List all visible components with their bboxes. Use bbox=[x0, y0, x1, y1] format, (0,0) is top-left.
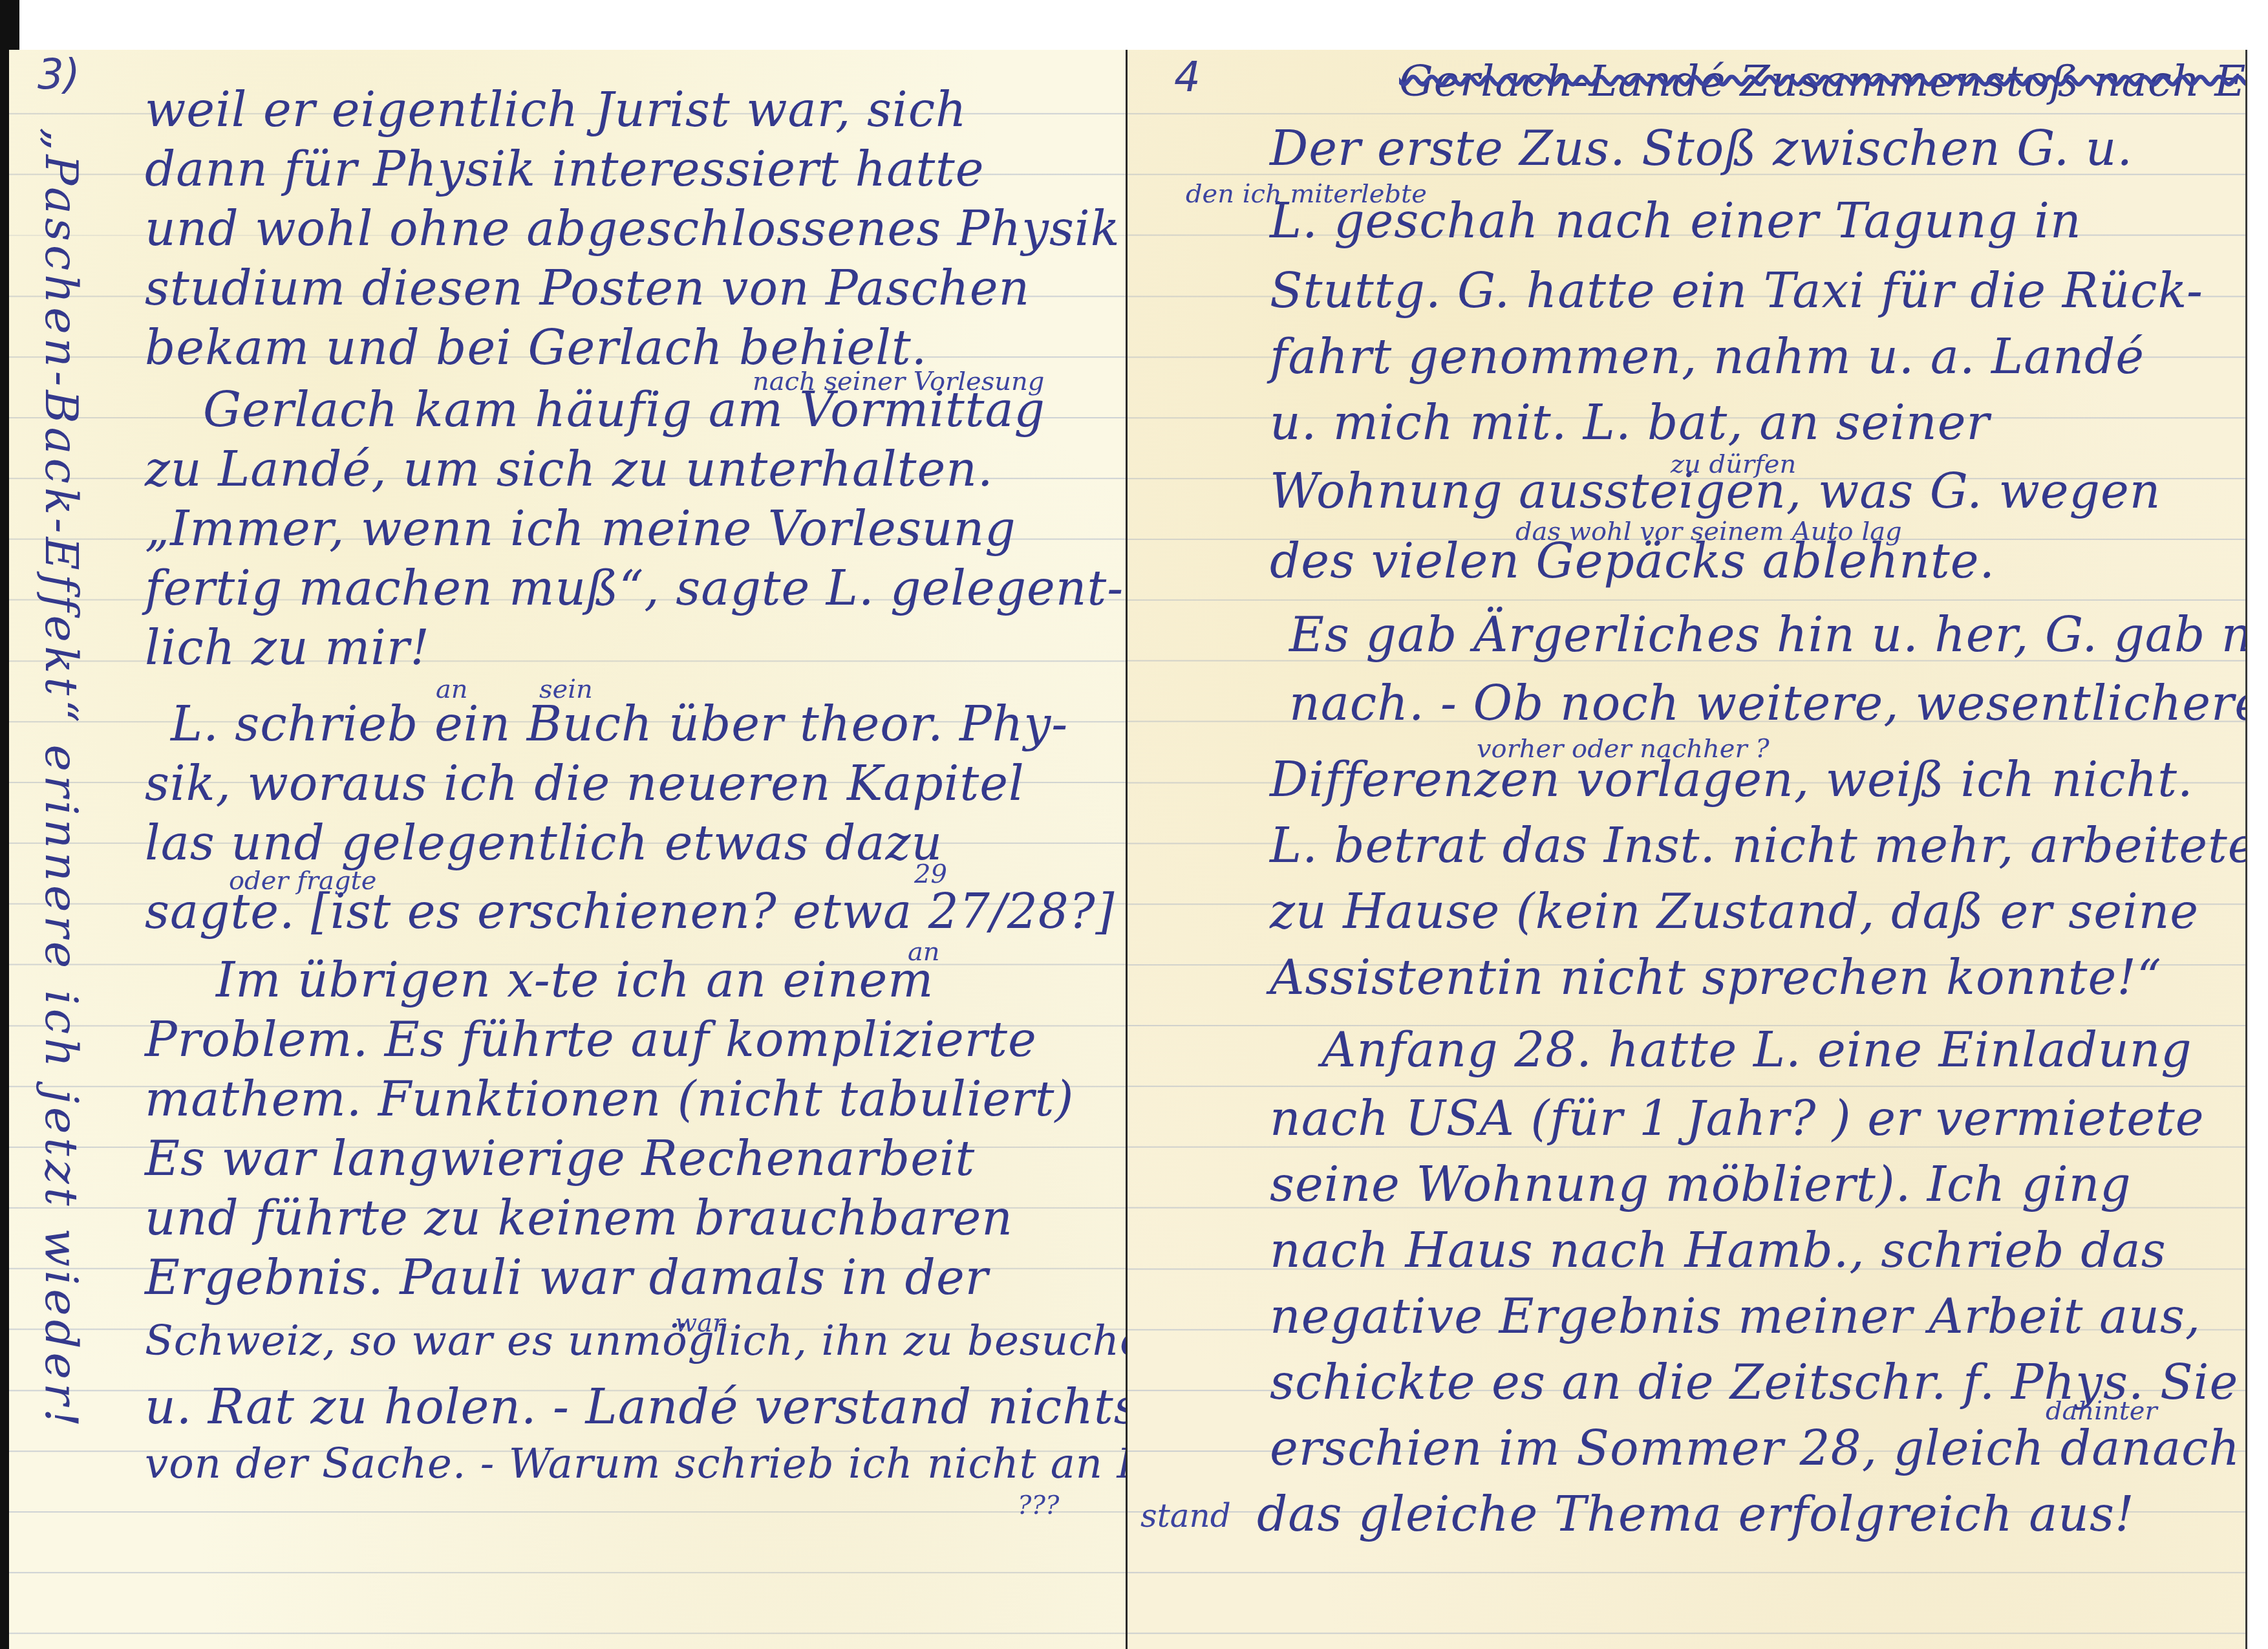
text-line: weil er eigentlich Jurist war, sich bbox=[145, 82, 967, 138]
text-line: fahrt genommen, nahm u. a. Landé bbox=[1270, 329, 2145, 385]
text-line: L. geschah nach einer Tagung in bbox=[1270, 193, 2082, 249]
text-line: Im übrigen x-te ich an einem bbox=[216, 953, 934, 1008]
text-line: lich zu mir! bbox=[145, 620, 430, 676]
page-number-left: 3) bbox=[37, 51, 80, 99]
text-line: Stuttg. G. hatte ein Taxi für die Rück- bbox=[1270, 263, 2203, 319]
text-line: Es gab Ärgerliches hin u. her, G. gab ni… bbox=[1289, 607, 2247, 663]
text-line: u. mich mit. L. bat, an seiner bbox=[1270, 395, 1990, 451]
text-line: erschien im Sommer 28, gleich danach bbox=[1270, 1421, 2240, 1476]
text-line: und wohl ohne abgeschlossenes Physik bbox=[145, 201, 1120, 257]
margin-note-vertical: „Paschen-Back-Effekt“ erinnere ich jetzt… bbox=[35, 127, 88, 1430]
text-line: zu Hause (kein Zustand, daß er seine bbox=[1270, 884, 2199, 940]
text-line: u. Rat zu holen. - Landé verstand nichts bbox=[145, 1379, 1128, 1435]
text-line: negative Ergebnis meiner Arbeit aus, bbox=[1270, 1289, 2201, 1344]
text-line: sagte. [ist es erschienen? etwa 27/28?] bbox=[145, 884, 1115, 940]
text-line: nach. - Ob noch weitere, wesentlichere bbox=[1289, 676, 2247, 731]
text-line: „Immer, wenn ich meine Vorlesung bbox=[145, 501, 1016, 557]
text-line: von der Sache. - Warum schrieb ich nicht… bbox=[145, 1440, 1128, 1488]
letter-page-right: 4 Gerlach-Landé Zusammenstoß nach Ende 1… bbox=[1128, 50, 2247, 1649]
text-line: Problem. Es führte auf komplizierte bbox=[145, 1012, 1037, 1068]
text-line: Differenzen vorlagen, weiß ich nicht. bbox=[1270, 752, 2193, 808]
page-number-right: 4 bbox=[1174, 54, 1201, 102]
text-line: das gleiche Thema erfolgreich aus! bbox=[1257, 1487, 2135, 1542]
letter-page-left: 3) „Paschen-Back-Effekt“ erinnere ich je… bbox=[9, 50, 1128, 1649]
struck-heading: Gerlach-Landé Zusammenstoß nach Ende 192… bbox=[1399, 56, 2247, 106]
margin-insert-note: stand bbox=[1140, 1497, 1231, 1535]
text-line: mathem. Funktionen (nicht tabuliert) bbox=[145, 1072, 1074, 1127]
text-line: Wohnung aussteigen, was G. wegen bbox=[1270, 464, 2161, 519]
text-line: L. betrat das Inst. nicht mehr, arbeitet… bbox=[1270, 818, 2247, 874]
text-line: L. schrieb ein Buch über theor. Phy- bbox=[171, 696, 1068, 752]
text-line: seine Wohnung möbliert). Ich ging bbox=[1270, 1157, 2132, 1212]
text-line: Anfang 28. hatte L. eine Einladung bbox=[1321, 1022, 2192, 1078]
text-line: Der erste Zus. Stoß zwischen G. u. bbox=[1270, 121, 2133, 177]
text-line: Gerlach kam häufig am Vormittag bbox=[203, 382, 1045, 438]
text-line: nach Haus nach Hamb., schrieb das bbox=[1270, 1223, 2166, 1278]
text-line: des vielen Gepäcks ablehnte. bbox=[1270, 533, 1995, 589]
text-line: zu Landé, um sich zu unterhalten. bbox=[145, 442, 993, 497]
text-line: Assistentin nicht sprechen konnte!“ bbox=[1270, 950, 2162, 1006]
text-line: dann für Physik interessiert hatte bbox=[145, 142, 985, 197]
text-line: Ergebnis. Pauli war damals in der bbox=[145, 1250, 989, 1306]
interlinear-note: ??? bbox=[1018, 1491, 1059, 1520]
text-line: sik, woraus ich die neueren Kapitel bbox=[145, 756, 1025, 812]
text-line: fertig machen muß“, sagte L. gelegent- bbox=[145, 561, 1124, 616]
text-line: studium diesen Posten von Paschen bbox=[145, 261, 1030, 316]
text-line: Es war langwierige Rechenarbeit bbox=[145, 1131, 975, 1187]
text-line: Schweiz, so war es unmöglich, ihn zu bes… bbox=[145, 1317, 1128, 1365]
text-line: nach USA (für 1 Jahr? ) er vermietete bbox=[1270, 1091, 2205, 1147]
text-line: und führte zu keinem brauchbaren bbox=[145, 1191, 1013, 1246]
text-line: las und gelegentlich etwas dazu bbox=[145, 815, 943, 871]
